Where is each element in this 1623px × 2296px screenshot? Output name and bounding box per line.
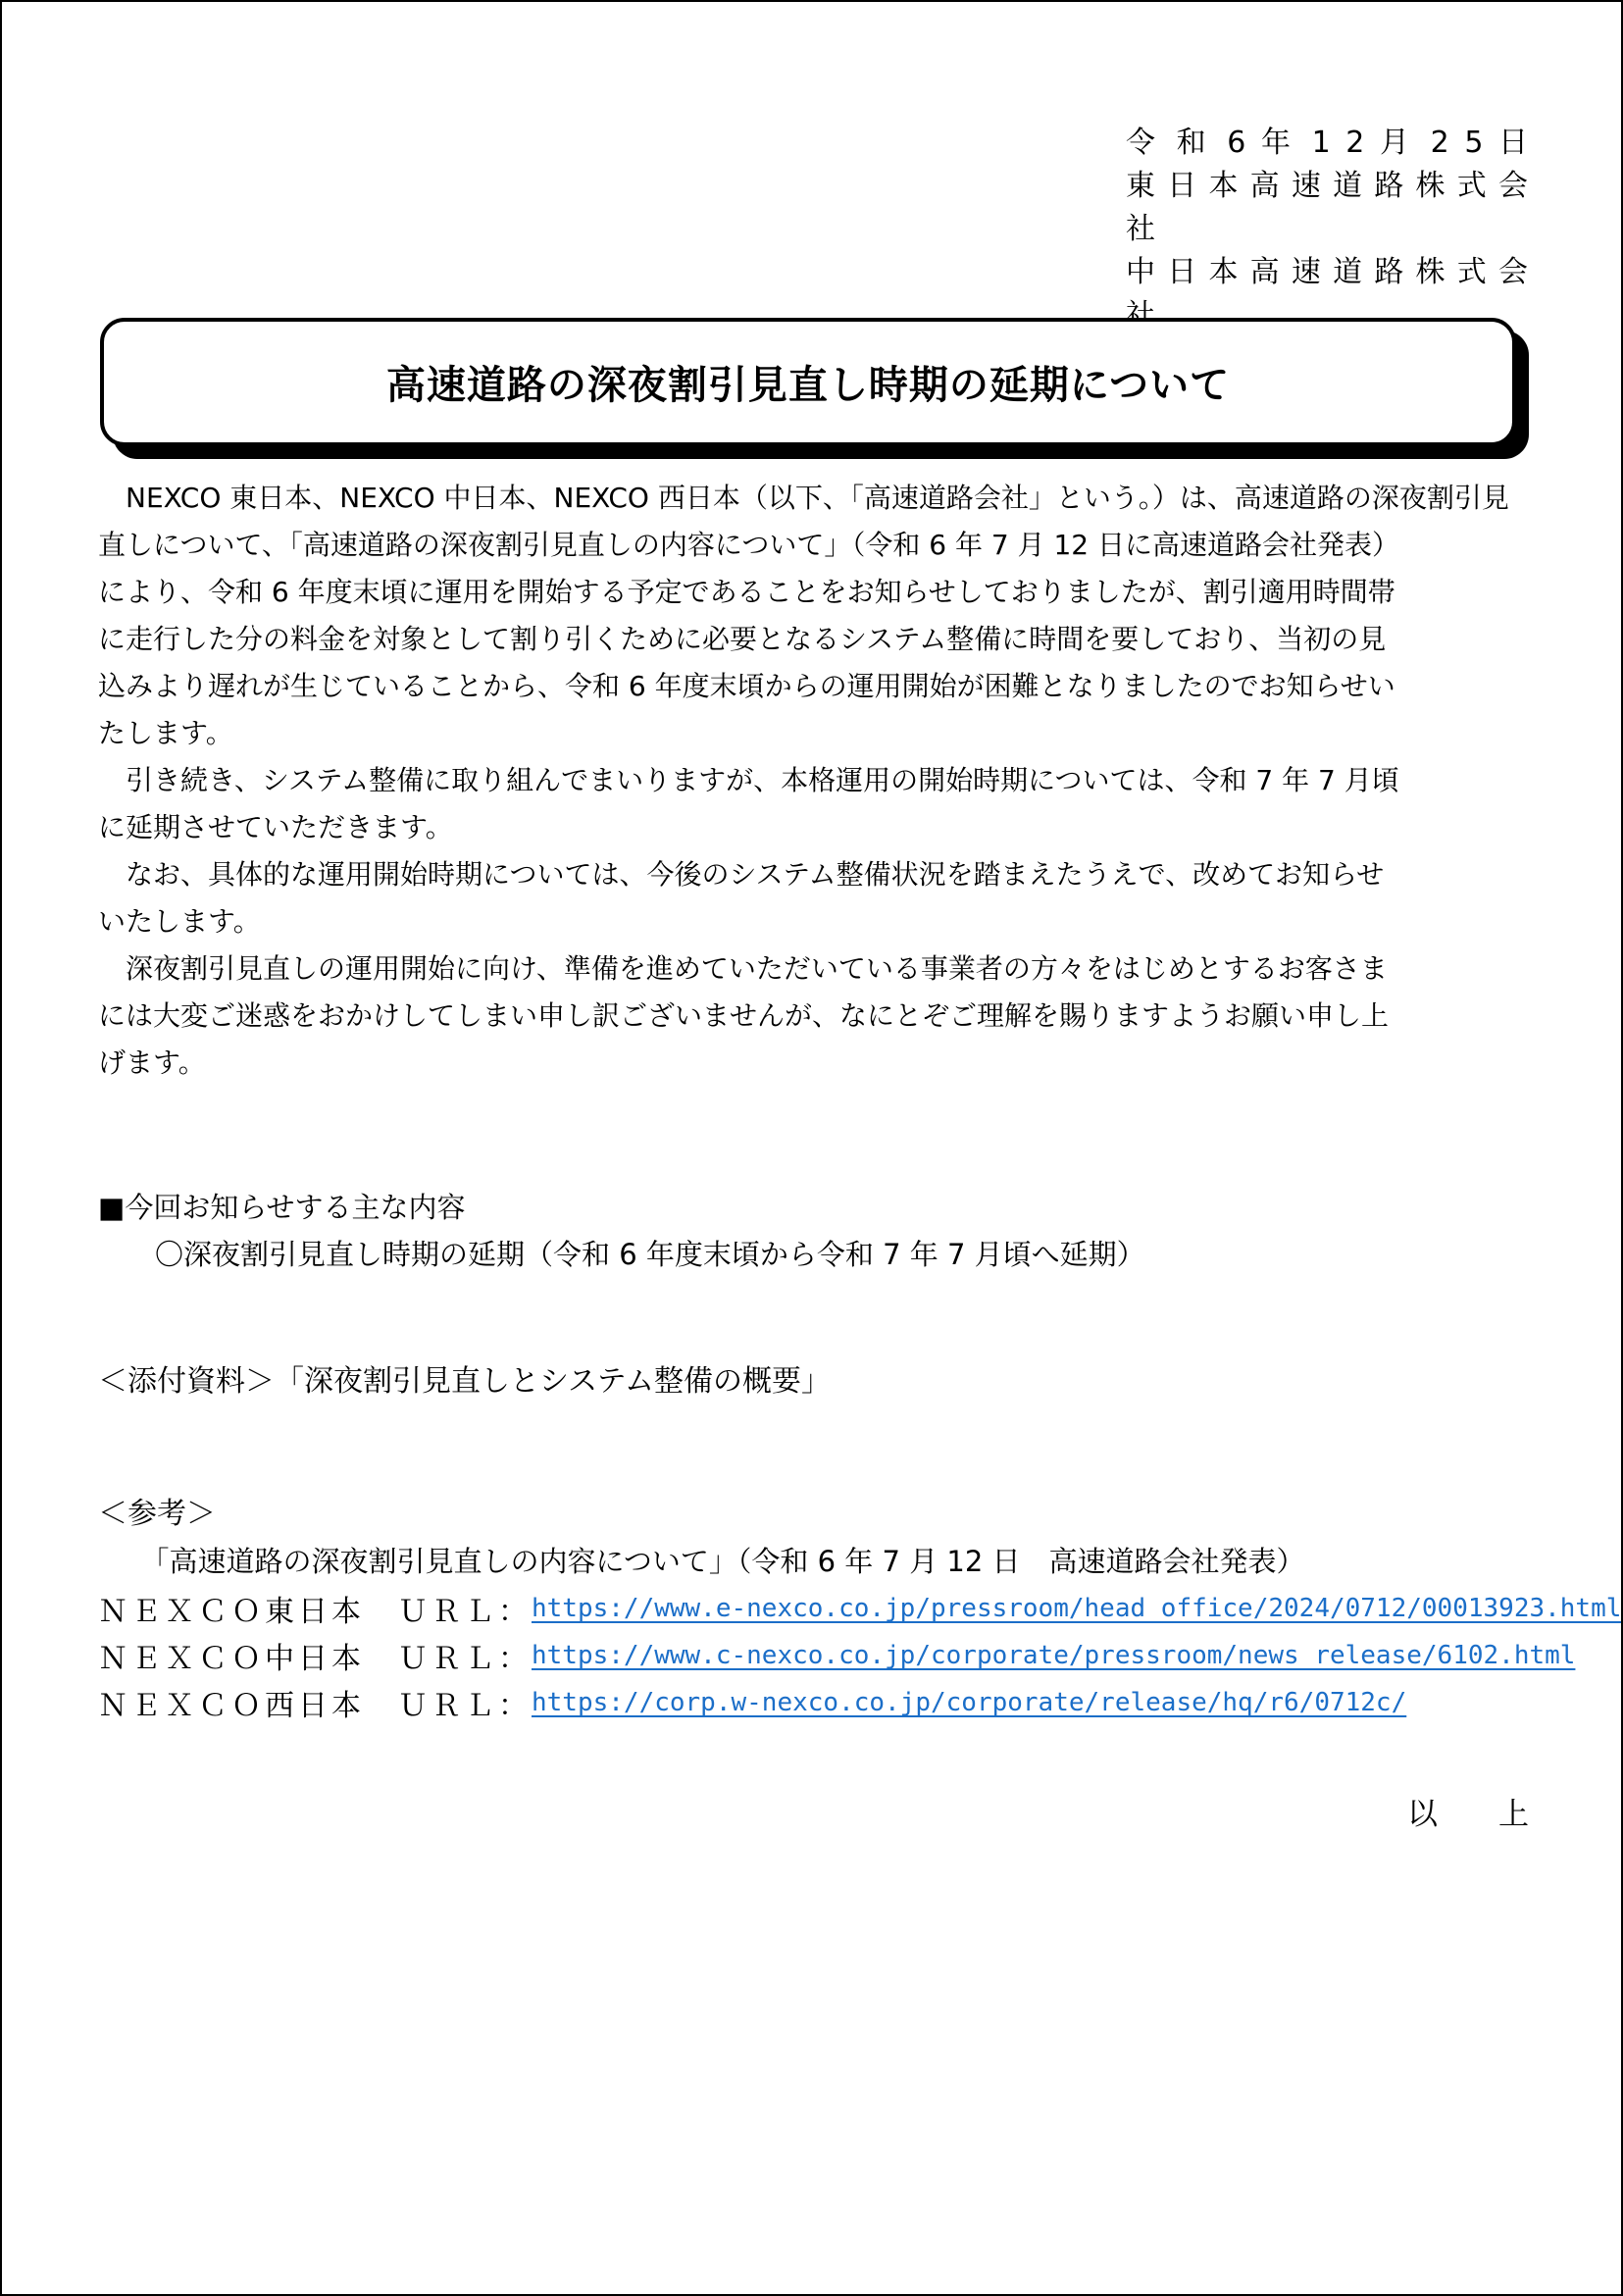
reference-link-west[interactable]: https://corp.w-nexco.co.jp/corporate/rel… [532,1688,1406,1717]
link-label-west: ＮＥＸＣＯ西日本 ＵＲＬ： [98,1681,532,1724]
reference-link-row: ＮＥＸＣＯ西日本 ＵＲＬ： https://corp.w-nexco.co.jp… [98,1679,1579,1726]
date-text: 令 和 6 年 1 2 月 2 5 日 [1126,122,1528,165]
attachment-note: ＜添付資料＞「深夜割引見直しとシステム整備の概要」 [98,1358,1532,1405]
reference-heading: ＜参考＞ [98,1491,1532,1538]
link-label-east: ＮＥＸＣＯ東日本 ＵＲＬ： [98,1587,532,1630]
reference-links: ＮＥＸＣＯ東日本 ＵＲＬ： https://www.e-nexco.co.jp/… [98,1585,1579,1726]
title-box: 高速道路の深夜割引見直し時期の延期について [100,318,1516,446]
page-title: 高速道路の深夜割引見直し時期の延期について [386,354,1230,410]
document-page: 令 和 6 年 1 2 月 2 5 日 東 日 本 高 速 道 路 株 式 会 … [0,0,1623,2296]
reference-subtitle: 「高速道路の深夜割引見直しの内容について」（令和 6 年 7 月 12 日 高速… [98,1538,1532,1585]
reference-link-east[interactable]: https://www.e-nexco.co.jp/pressroom/head… [532,1594,1621,1623]
reference-link-row: ＮＥＸＣＯ東日本 ＵＲＬ： https://www.e-nexco.co.jp/… [98,1585,1579,1632]
body-text: NEXCO 東日本、NEXCO 中日本、NEXCO 西日本（以下、「高速道路会社… [98,475,1532,1087]
link-label-central: ＮＥＸＣＯ中日本 ＵＲＬ： [98,1634,532,1677]
notice-heading: ■今回お知らせする主な内容 [98,1184,1532,1231]
company-name-east: 東 日 本 高 速 道 路 株 式 会 社 [1126,165,1528,251]
closing-text: 以 上 [2,1793,1529,1836]
notice-item: 〇深夜割引見直し時期の延期（令和 6 年度末頃から令和 7 年 7 月頃へ延期） [98,1231,1532,1278]
reference-link-row: ＮＥＸＣＯ中日本 ＵＲＬ： https://www.c-nexco.co.jp/… [98,1632,1579,1679]
reference-link-central[interactable]: https://www.c-nexco.co.jp/corporate/pres… [532,1641,1575,1670]
